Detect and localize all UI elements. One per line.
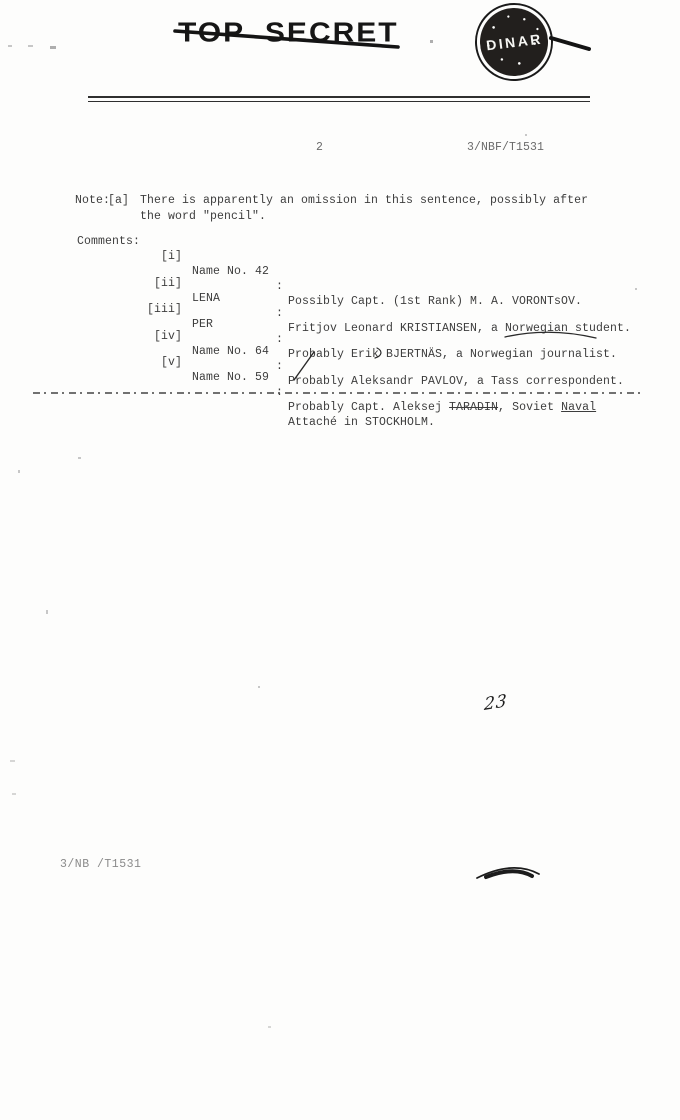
scan-speck	[635, 288, 637, 290]
arc-over-soviet-naval	[505, 332, 596, 338]
handwriting-marks-overlay	[0, 0, 680, 1120]
scan-speck	[18, 470, 20, 473]
scan-speck	[78, 457, 81, 459]
stamp-tail-stroke	[551, 38, 589, 49]
slash-mark-stockholm	[294, 352, 314, 380]
document-page: TOP SECRET DINAR 2 3/NBF/T1531 Note: [a]…	[0, 0, 680, 1120]
scan-speck	[8, 45, 12, 47]
scan-speck	[50, 46, 56, 49]
scan-speck	[268, 1026, 271, 1028]
scan-speck	[12, 793, 16, 795]
scan-speck	[525, 134, 527, 136]
hook-mark-after-capt	[375, 348, 381, 358]
scan-speck	[46, 610, 48, 614]
classification-strikethrough-mark	[175, 31, 398, 47]
scan-speck	[10, 760, 15, 762]
scan-speck	[258, 686, 260, 688]
scan-speck	[430, 40, 433, 43]
scan-speck	[28, 45, 33, 47]
